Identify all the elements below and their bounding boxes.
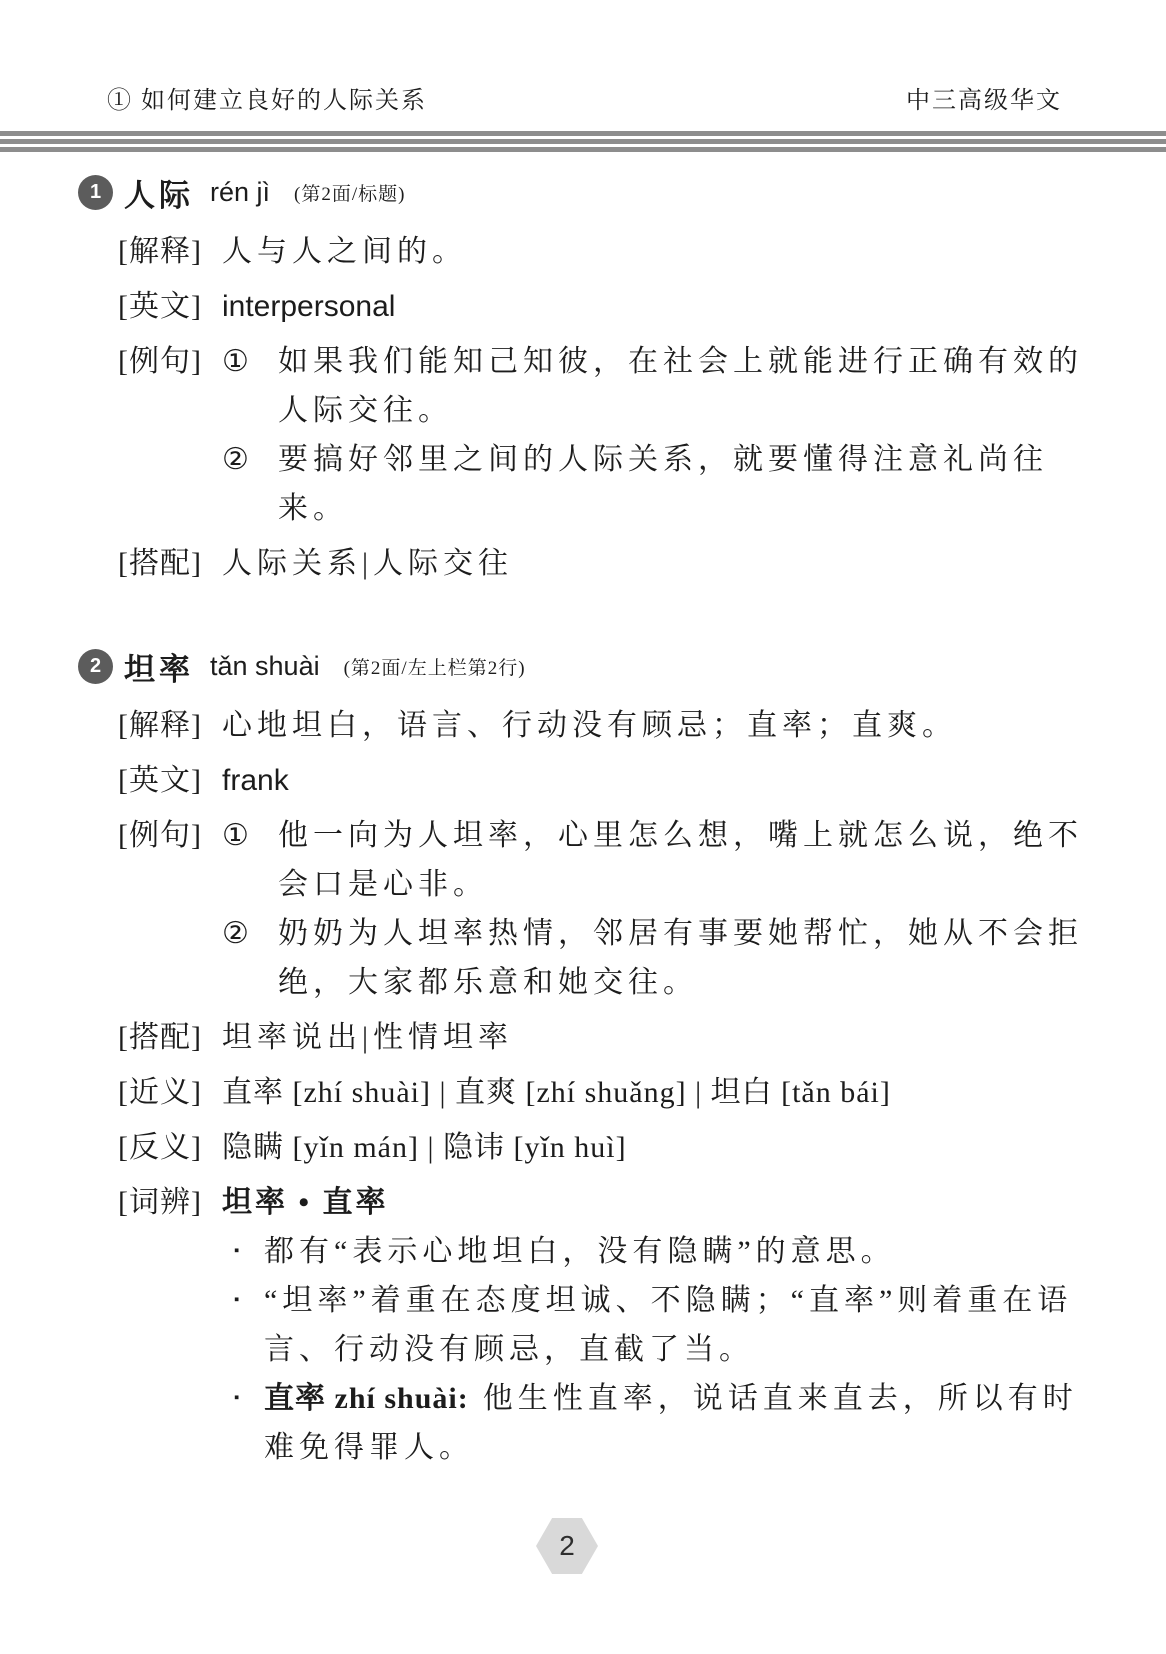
example-text: 奶奶为人坦率热情，邻居有事要她帮忙，她从不会拒绝，大家都乐意和她交往。 — [278, 909, 1090, 1007]
example-number: ① — [222, 811, 278, 909]
discrimination-point-text: 都有“表示心地坦白，没有隐瞒”的意思。 — [264, 1227, 1090, 1276]
entry-header: 2 坦率 tǎn shuài (第2面/左上栏第2行) — [78, 644, 1090, 689]
english-row: [英文] frank — [78, 756, 1090, 805]
example-number: ② — [222, 435, 278, 533]
bullet-square-icon — [234, 1276, 264, 1374]
collocation-row: [搭配] 坦率说出|性情坦率 — [78, 1013, 1090, 1062]
collocation-label: [搭配] — [118, 1013, 222, 1062]
entry-pinyin: tǎn shuài — [210, 651, 320, 682]
divider-rule — [0, 131, 1166, 136]
antonyms-label: [反义] — [118, 1123, 222, 1172]
english-label: [英文] — [118, 756, 222, 805]
antonyms-text: 隐瞒 [yǐn mán] | 隐讳 [yǐn huì] — [222, 1123, 1090, 1172]
examples-label: [例句] — [118, 337, 222, 533]
discrimination-point-text: “坦率”着重在态度坦诚、不隐瞒；“直率”则着重在语言、行动没有顾忌，直截了当。 — [264, 1276, 1090, 1374]
header-divider — [0, 131, 1166, 155]
explanation-label: [解释] — [118, 701, 222, 750]
entry-number-badge: 1 — [78, 175, 113, 210]
entry-word: 坦率 — [124, 644, 194, 689]
entry-word: 人际 — [124, 170, 194, 215]
vocab-entry-tanshuai: 2 坦率 tǎn shuài (第2面/左上栏第2行) [解释] 心地坦白，语言… — [78, 644, 1090, 1472]
bullet-square-icon — [234, 1227, 264, 1276]
explanation-label: [解释] — [118, 227, 222, 276]
antonyms-row: [反义] 隐瞒 [yǐn mán] | 隐讳 [yǐn huì] — [78, 1123, 1090, 1172]
page-number-badge: 2 — [536, 1518, 598, 1574]
examples-label: [例句] — [118, 811, 222, 1007]
collocation-text: 坦率说出|性情坦率 — [222, 1013, 1090, 1062]
chapter-title: ① 如何建立良好的人际关系 — [107, 80, 427, 115]
example-text: 如果我们能知己知彼，在社会上就能进行正确有效的人际交往。 — [278, 337, 1090, 435]
examples-list: ① 他一向为人坦率，心里怎么想，嘴上就怎么说，绝不会口是心非。 ② 奶奶为人坦率… — [222, 811, 1090, 1007]
entry-location-note: (第2面/标题) — [294, 179, 405, 206]
synonyms-text: 直率 [zhí shuài] | 直爽 [zhí shuǎng] | 坦白 [t… — [222, 1068, 1090, 1117]
examples-row: [例句] ① 他一向为人坦率，心里怎么想，嘴上就怎么说，绝不会口是心非。 ② 奶… — [78, 811, 1090, 1007]
synonyms-label: [近义] — [118, 1068, 222, 1117]
example-item: ② 要搞好邻里之间的人际关系，就要懂得注意礼尚往来。 — [222, 435, 1090, 533]
entry-number-badge: 2 — [78, 649, 113, 684]
examples-row: [例句] ① 如果我们能知己知彼，在社会上就能进行正确有效的人际交往。 ② 要搞… — [78, 337, 1090, 533]
collocation-label: [搭配] — [118, 539, 222, 588]
main-content: 1 人际 rén jì (第2面/标题) [解释] 人与人之间的。 [英文] i… — [78, 170, 1090, 1478]
example-number: ① — [222, 337, 278, 435]
explanation-row: [解释] 心地坦白，语言、行动没有顾忌；直率；直爽。 — [78, 701, 1090, 750]
discrimination-content: 坦率 • 直率 都有“表示心地坦白，没有隐瞒”的意思。 “坦率”着重在态度坦诚、… — [222, 1178, 1090, 1472]
divider-rule — [0, 147, 1166, 152]
example-item: ① 他一向为人坦率，心里怎么想，嘴上就怎么说，绝不会口是心非。 — [222, 811, 1090, 909]
synonyms-row: [近义] 直率 [zhí shuài] | 直爽 [zhí shuǎng] | … — [78, 1068, 1090, 1117]
discrimination-label: [词辨] — [118, 1178, 222, 1472]
explanation-row: [解释] 人与人之间的。 — [78, 227, 1090, 276]
discrimination-point-text: 直率 zhí shuài:他生性直率，说话直来直去，所以有时难免得罪人。 — [264, 1374, 1090, 1472]
example-number: ② — [222, 909, 278, 1007]
examples-list: ① 如果我们能知己知彼，在社会上就能进行正确有效的人际交往。 ② 要搞好邻里之间… — [222, 337, 1090, 533]
example-item: ② 奶奶为人坦率热情，邻居有事要她帮忙，她从不会拒绝，大家都乐意和她交往。 — [222, 909, 1090, 1007]
discrimination-point: “坦率”着重在态度坦诚、不隐瞒；“直率”则着重在语言、行动没有顾忌，直截了当。 — [222, 1276, 1090, 1374]
entry-pinyin: rén jì — [210, 177, 270, 208]
discrimination-row: [词辨] 坦率 • 直率 都有“表示心地坦白，没有隐瞒”的意思。 “坦率”着重在… — [78, 1178, 1090, 1472]
collocation-text: 人际关系|人际交往 — [222, 539, 1090, 588]
vocab-entry-renji: 1 人际 rén jì (第2面/标题) [解释] 人与人之间的。 [英文] i… — [78, 170, 1090, 588]
divider-rule — [0, 139, 1166, 144]
discrimination-point: 直率 zhí shuài:他生性直率，说话直来直去，所以有时难免得罪人。 — [222, 1374, 1090, 1472]
english-label: [英文] — [118, 282, 222, 331]
example-item: ① 如果我们能知己知彼，在社会上就能进行正确有效的人际交往。 — [222, 337, 1090, 435]
running-header: ① 如何建立良好的人际关系 中三高级华文 — [107, 80, 1062, 115]
book-title: 中三高级华文 — [906, 80, 1062, 115]
english-row: [英文] interpersonal — [78, 282, 1090, 331]
entry-location-note: (第2面/左上栏第2行) — [344, 653, 526, 680]
example-text: 他一向为人坦率，心里怎么想，嘴上就怎么说，绝不会口是心非。 — [278, 811, 1090, 909]
example-text: 要搞好邻里之间的人际关系，就要懂得注意礼尚往来。 — [278, 435, 1090, 533]
explanation-text: 心地坦白，语言、行动没有顾忌；直率；直爽。 — [222, 701, 1090, 750]
discrimination-point: 都有“表示心地坦白，没有隐瞒”的意思。 — [222, 1227, 1090, 1276]
collocation-row: [搭配] 人际关系|人际交往 — [78, 539, 1090, 588]
textbook-page: ① 如何建立良好的人际关系 中三高级华文 1 人际 rén jì (第2面/标题… — [0, 0, 1166, 1654]
bullet-square-icon — [234, 1374, 264, 1472]
english-text: frank — [222, 756, 1090, 805]
explanation-text: 人与人之间的。 — [222, 227, 1090, 276]
english-text: interpersonal — [222, 282, 1090, 331]
entry-header: 1 人际 rén jì (第2面/标题) — [78, 170, 1090, 215]
discrimination-point-lead: 直率 zhí shuài: — [264, 1382, 469, 1415]
discrimination-title: 坦率 • 直率 — [222, 1178, 1090, 1227]
